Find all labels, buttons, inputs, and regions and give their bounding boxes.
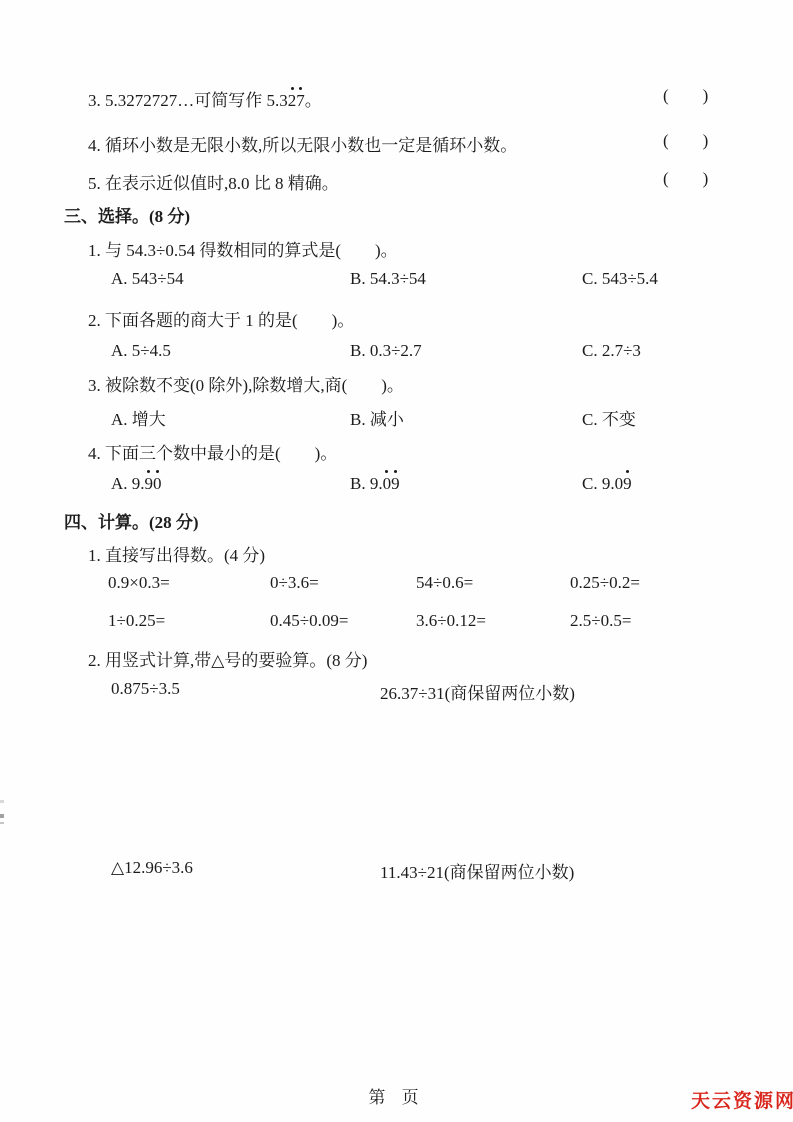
- answer-blank: ( ): [663, 86, 708, 106]
- calc-expression: 54÷0.6=: [416, 573, 473, 593]
- calc-expression: 3.6÷0.12=: [416, 611, 486, 631]
- recurring-dot-digit: 9: [145, 474, 154, 494]
- choice-q2-option-b: B. 0.3÷2.7: [350, 341, 422, 361]
- choice-q2: 2. 下面各题的商大于 1 的是( )。: [88, 306, 354, 331]
- choice-q4: 4. 下面三个数中最小的是( )。: [88, 439, 337, 464]
- choice-q1-option-a: A. 543÷54: [111, 269, 184, 289]
- calc-sub2-label: 2. 用竖式计算,带△号的要验算。(8 分): [88, 646, 367, 671]
- tf-item-4: 4. 循环小数是无限小数,所以无限小数也一定是循环小数。: [88, 131, 517, 156]
- calc-expression: 0.9×0.3=: [108, 573, 170, 593]
- vertical-calc-expression: 11.43÷21(商保留两位小数): [380, 858, 574, 883]
- recurring-dot-digit: 7: [296, 91, 305, 111]
- answer-blank: ( ): [663, 169, 708, 189]
- scan-edge-artifact: [0, 800, 4, 836]
- choice-q4-option-c: C. 9.09: [582, 474, 632, 494]
- watermark: 天云资源网: [691, 1086, 793, 1113]
- tf-item-3: 3. 5.3272727…可简写作 5.327。: [88, 86, 322, 111]
- tf-item-5: 5. 在表示近似值时,8.0 比 8 精确。: [88, 169, 339, 194]
- tf-item-3-period: 。: [305, 91, 322, 110]
- choice-q1: 1. 与 54.3÷0.54 得数相同的算式是( )。: [88, 236, 398, 261]
- choice-q1-option-c: C. 543÷5.4: [582, 269, 658, 289]
- choice-q2-option-a: A. 5÷4.5: [111, 341, 171, 361]
- answer-blank: ( ): [663, 131, 708, 151]
- recurring-dot-digit: 2: [288, 91, 297, 111]
- choice-q3: 3. 被除数不变(0 除外),除数增大,商( )。: [88, 371, 404, 396]
- page-number-label: 第 页: [0, 1083, 793, 1108]
- recurring-dot-digit: 0: [153, 474, 162, 494]
- tf-item-3-text: 3. 5.3272727…可简写作 5.3: [88, 91, 288, 110]
- choice-q2-option-c: C. 2.7÷3: [582, 341, 641, 361]
- option-a-text: A. 9.: [111, 474, 145, 493]
- calc-expression: 0.25÷0.2=: [570, 573, 640, 593]
- choice-q1-option-b: B. 54.3÷54: [350, 269, 426, 289]
- calc-expression: 0.45÷0.09=: [270, 611, 348, 631]
- worksheet-page: 3. 5.3272727…可简写作 5.327。 ( ) 4. 循环小数是无限小…: [0, 0, 793, 1122]
- section-header-choice: 三、选择。(8 分): [64, 202, 190, 227]
- calc-expression: 0÷3.6=: [270, 573, 319, 593]
- recurring-dot-digit: 9: [391, 474, 400, 494]
- section-header-calc: 四、计算。(28 分): [64, 508, 199, 533]
- choice-q4-option-a: A. 9.90: [111, 474, 162, 494]
- calc-sub1-label: 1. 直接写出得数。(4 分): [88, 541, 265, 566]
- calc-expression: 1÷0.25=: [108, 611, 165, 631]
- vertical-calc-expression: 0.875÷3.5: [111, 679, 180, 699]
- vertical-calc-expression: △12.96÷3.6: [111, 858, 193, 878]
- calc-expression: 2.5÷0.5=: [570, 611, 631, 631]
- choice-q3-option-c: C. 不变: [582, 405, 636, 430]
- choice-q3-option-b: B. 减小: [350, 405, 404, 430]
- recurring-dot-digit: 9: [623, 474, 632, 494]
- choice-q3-option-a: A. 增大: [111, 405, 166, 430]
- option-c-text: C. 9.0: [582, 474, 623, 493]
- option-b-text: B. 9.: [350, 474, 383, 493]
- choice-q4-option-b: B. 9.09: [350, 474, 400, 494]
- recurring-dot-digit: 0: [383, 474, 392, 494]
- vertical-calc-expression: 26.37÷31(商保留两位小数): [380, 679, 575, 704]
